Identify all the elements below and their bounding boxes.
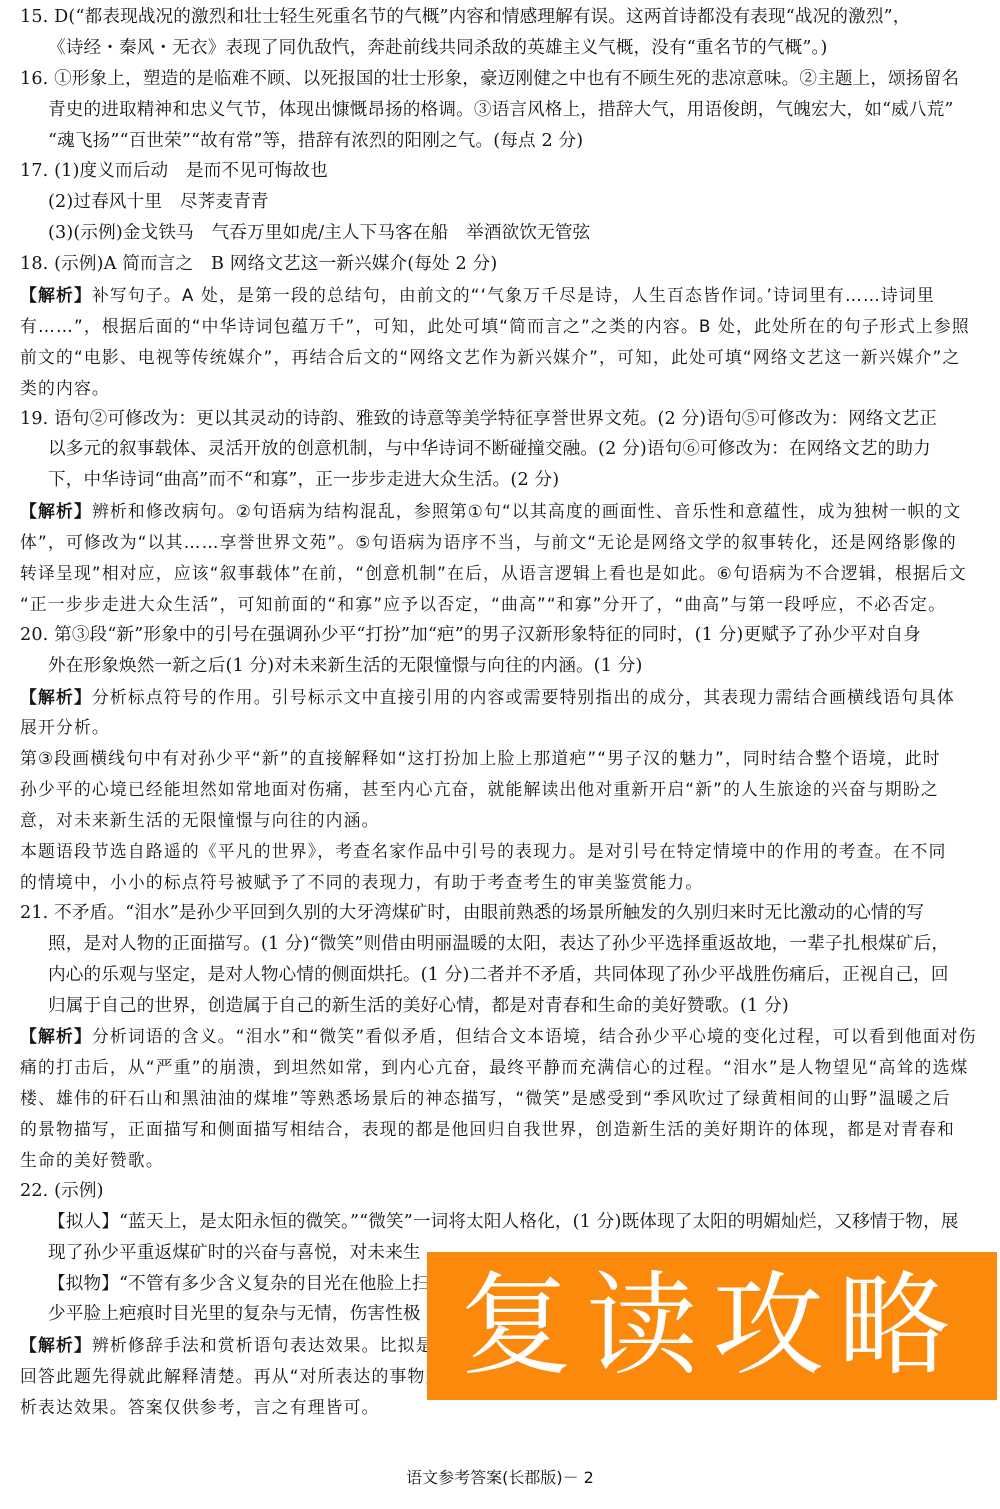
answer-20-line-1: 20. 第③段“新”形象中的引号在强调孙少平“打扮”加“疤”的男子汉新形象特征的…: [20, 620, 982, 651]
answer-22-line-1: 【拟人】“蓝天上，是太阳永恒的微笑。”“微笑”一词将太阳人格化，(1 分)既体现…: [20, 1207, 982, 1238]
analysis-19-line-1: 【解析】辨析和修改病句。②句语病为结构混乱，参照第①句“以其高度的画面性、音乐性…: [20, 496, 982, 527]
answer-20: 20. 第③段“新”形象中的引号在强调孙少平“打扮”加“疤”的男子汉新形象特征的…: [20, 620, 982, 898]
answer-16-line-1: 16. ①形象上，塑造的是临难不顾、以死报国的壮士形象，豪迈刚健之中也有不顾生死…: [20, 64, 982, 95]
analysis-20-line-2: 展开分析。: [20, 712, 982, 743]
analysis-18-line-4: 类的内容。: [20, 373, 982, 404]
answer-17-line-2: (2)过春风十里 尽荠麦青青: [20, 187, 982, 218]
analysis-20-line-6: 本题语段节选自路遥的《平凡的世界》，考查名家作品中引号的表现力。是对引号在特定情…: [20, 836, 982, 867]
analysis-tag: 【解析】: [20, 1335, 92, 1355]
analysis-21-line-3: 楼、雄伟的矸石山和黑油油的煤堆”等熟悉场景后的神态描写，“微笑”是感受到“季风吹…: [20, 1083, 982, 1114]
answer-19-line-2: 以多元的叙事载体、灵活开放的创意机制，与中华诗词不断碰撞交融。(2 分)语句⑥可…: [20, 434, 982, 465]
page-footer: 语文参考答案(长郡版)－ 2: [0, 1465, 1000, 1488]
analysis-18-line-2: 有……”，根据后面的“中华诗词包蕴万千”，可知，此处可填“简而言之”之类的内容。…: [20, 311, 982, 342]
answer-21-line-4: 归属于自己的世界，创造属于自己的新生活的美好心情，都是对青春和生命的美好赞歌。(…: [20, 991, 982, 1022]
analysis-21-line-2: 痛的打击后，从“严重”的崩溃，到坦然如常，到内心亢奋，最终平静而充满信心的过程。…: [20, 1052, 982, 1083]
answer-15-line-1: 15. D(“都表现战况的激烈和壮士轻生死重名节的气概”内容和情感理解有误。这两…: [20, 2, 982, 33]
answer-17-line-3: (3)(示例)金戈铁马 气吞万里如虎/主人下马客在船 举酒欲饮无管弦: [20, 218, 982, 249]
analysis-19-line-3: 转译呈现”相对应，应该“叙事载体”在前，“创意机制”在后，从语言逻辑上看也是如此…: [20, 558, 982, 589]
analysis-21-line-4: 的景物描写，正面描写和侧面描写相结合，表现的都是他回归自我世界，创造新生活的美好…: [20, 1114, 982, 1145]
analysis-tag: 【解析】: [20, 501, 92, 521]
analysis-20-line-5: 意，对未来新生活的无限憧憬与向往的内涵。: [20, 805, 982, 836]
analysis-21-line-5: 生命的美好赞歌。: [20, 1145, 982, 1176]
answer-21-line-3: 内心的乐观与坚定，是对人物心情的侧面烘托。(1 分)二者并不矛盾，共同体现了孙少…: [20, 960, 982, 991]
answer-sheet-page: 15. D(“都表现战况的激烈和壮士轻生死重名节的气概”内容和情感理解有误。这两…: [20, 2, 982, 1423]
analysis-18-line-3: 前文的“电影、电视等传统媒介”，再结合后文的“网络文艺作为新兴媒介”，可知，此处…: [20, 342, 982, 373]
answer-21-line-2: 照，是对人物的正面描写。(1 分)“微笑”则借由明丽温暖的太阳，表达了孙少平选择…: [20, 929, 982, 960]
answer-21-line-1: 21. 不矛盾。“泪水”是孙少平回到久别的大牙湾煤矿时，由眼前熟悉的场景所触发的…: [20, 898, 982, 929]
analysis-tag: 【解析】: [20, 1026, 92, 1046]
answer-20-line-2: 外在形象焕然一新之后(1 分)对未来新生活的无限憧憬与向往的内涵。(1 分): [20, 651, 982, 682]
analysis-20-line-3: 第③段画横线句中有对孙少平“新”的直接解释如“这打扮加上脸上那道疤”“男子汉的魅…: [20, 743, 982, 774]
answer-17: 17. (1)度义而后动 是而不见可悔故也 (2)过春风十里 尽荠麦青青 (3)…: [20, 156, 982, 249]
analysis-20-line-7: 的情境中，小小的标点符号被赋予了不同的表现力，有助于考查考生的审美鉴赏能力。: [20, 867, 982, 898]
answer-21: 21. 不矛盾。“泪水”是孙少平回到久别的大牙湾煤矿时，由眼前熟悉的场景所触发的…: [20, 898, 982, 1176]
analysis-18-line-1: 【解析】补写句子。A 处，是第一段的总结句，由前文的“‘气象万千尽是诗，人生百态…: [20, 280, 982, 311]
analysis-tag: 【解析】: [20, 285, 92, 305]
answer-19: 19. 语句②可修改为：更以其灵动的诗韵、雅致的诗意等美学特征享誉世界文苑。(2…: [20, 404, 982, 620]
answer-16-line-2: 青史的进取精神和忠义气节，体现出慷慨昂扬的格调。③语言风格上，措辞大气，用语俊朗…: [20, 95, 982, 126]
answer-15-line-2: 《诗经・秦风・无衣》表现了同仇敌忾，奔赴前线共同杀敌的英雄主义气概，没有“重名节…: [20, 33, 982, 64]
answer-22-header: 22. (示例): [20, 1176, 982, 1207]
answer-16-line-3: “魂飞扬”“百世荣”“故有常”等，措辞有浓烈的阳刚之气。(每点 2 分): [20, 126, 982, 157]
analysis-tag: 【解析】: [20, 687, 92, 707]
answer-17-line-1: 17. (1)度义而后动 是而不见可悔故也: [20, 156, 982, 187]
answer-18-line-1: 18. (示例)A 简而言之 B 网络文艺这一新兴媒介(每处 2 分): [20, 249, 982, 280]
answer-19-line-3: 下，中华诗词“曲高”而不“和寡”，正一步步走进大众生活。(2 分): [20, 465, 982, 496]
answer-18: 18. (示例)A 简而言之 B 网络文艺这一新兴媒介(每处 2 分) 【解析】…: [20, 249, 982, 403]
answer-16: 16. ①形象上，塑造的是临难不顾、以死报国的壮士形象，豪迈刚健之中也有不顾生死…: [20, 64, 982, 157]
watermark-banner: 复读攻略: [427, 1252, 997, 1400]
analysis-19-line-4: “正一步步走进大众生活”，可知前面的“和寡”应予以否定，“曲高”“和寡”分开了，…: [20, 589, 982, 620]
analysis-20-line-1: 【解析】分析标点符号的作用。引号标示文中直接引用的内容或需要特别指出的成分，其表…: [20, 682, 982, 713]
analysis-21-line-1: 【解析】分析词语的含义。“泪水”和“微笑”看似矛盾，但结合文本语境，结合孙少平心…: [20, 1021, 982, 1052]
answer-15: 15. D(“都表现战况的激烈和壮士轻生死重名节的气概”内容和情感理解有误。这两…: [20, 2, 982, 64]
analysis-20-line-4: 孙少平的心境已经能坦然如常地面对伤痛，甚至内心亢奋，就能解读出他对重新开启“新”…: [20, 774, 982, 805]
analysis-19-line-2: 体”，可修改为“以其……享誉世界文苑”。⑤句语病为语序不当，与前文“无论是网络文…: [20, 527, 982, 558]
watermark-text: 复读攻略: [460, 1270, 964, 1382]
answer-19-line-1: 19. 语句②可修改为：更以其灵动的诗韵、雅致的诗意等美学特征享誉世界文苑。(2…: [20, 404, 982, 435]
